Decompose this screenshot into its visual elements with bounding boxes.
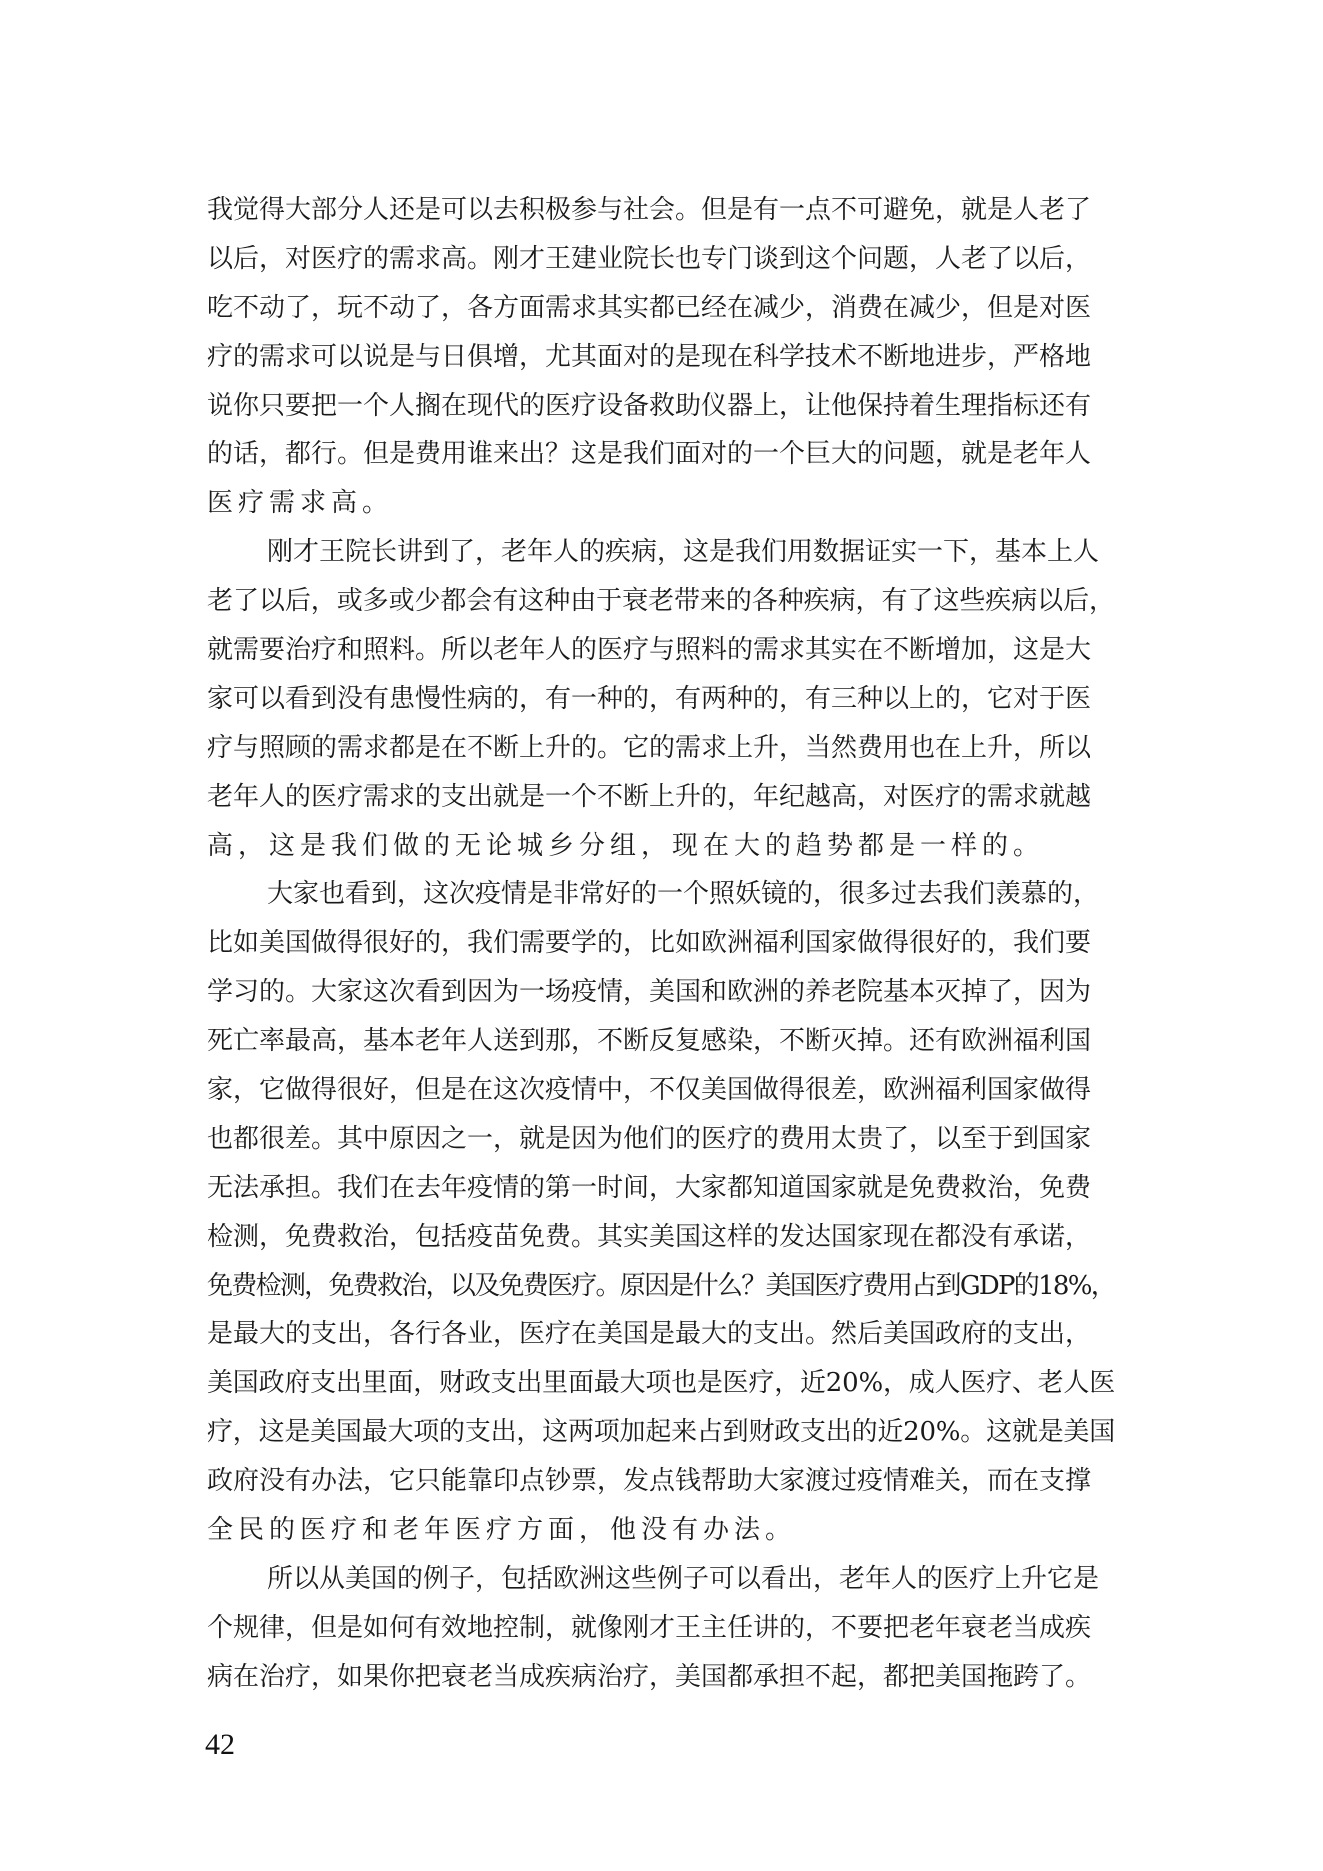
- text-line: 也都很差。其中原因之一，就是因为他们的医疗的费用太贵了，以至于到国家: [207, 1115, 1115, 1164]
- text-line: 高，这是我们做的无论城乡分组，现在大的趋势都是一样的。: [207, 822, 1115, 871]
- text-line: 的话，都行。但是费用谁来出？这是我们面对的一个巨大的问题，就是老年人: [207, 430, 1115, 479]
- text-line: 刚才王院长讲到了，老年人的疾病，这是我们用数据证实一下，基本上人: [207, 528, 1115, 577]
- text-line: 病在治疗，如果你把衰老当成疾病治疗，美国都承担不起，都把美国拖跨了。: [207, 1653, 1115, 1702]
- paragraph-3: 大家也看到，这次疫情是非常好的一个照妖镜的，很多过去我们羡慕的， 比如美国做得很…: [207, 870, 1115, 1554]
- text-line: 比如美国做得很好的，我们需要学的，比如欧洲福利国家做得很好的，我们要: [207, 919, 1115, 968]
- text-line: 死亡率最高，基本老年人送到那，不断反复感染，不断灭掉。还有欧洲福利国: [207, 1017, 1115, 1066]
- body-text: 我觉得大部分人还是可以去积极参与社会。但是有一点不可避免，就是人老了 以后，对医…: [207, 186, 1115, 1702]
- text-line: 免费检测，免费救治，以及免费医疗。原因是什么？美国医疗费用占到GDP的18%，: [207, 1262, 1115, 1311]
- text-line: 所以从美国的例子，包括欧洲这些例子可以看出，老年人的医疗上升它是: [207, 1555, 1115, 1604]
- text-line: 全民的医疗和老年医疗方面，他没有办法。: [207, 1506, 1115, 1555]
- page-number: 42: [205, 1730, 235, 1760]
- text-line: 就需要治疗和照料。所以老年人的医疗与照料的需求其实在不断增加，这是大: [207, 626, 1115, 675]
- paragraph-4: 所以从美国的例子，包括欧洲这些例子可以看出，老年人的医疗上升它是 个规律，但是如…: [207, 1555, 1115, 1702]
- text-line: 疗与照顾的需求都是在不断上升的。它的需求上升，当然费用也在上升，所以: [207, 724, 1115, 773]
- text-line: 学习的。大家这次看到因为一场疫情，美国和欧洲的养老院基本灭掉了，因为: [207, 968, 1115, 1017]
- text-line: 疗的需求可以说是与日俱增，尤其面对的是现在科学技术不断地进步，严格地: [207, 333, 1115, 382]
- text-line: 家可以看到没有患慢性病的，有一种的，有两种的，有三种以上的，它对于医: [207, 675, 1115, 724]
- document-page: 我觉得大部分人还是可以去积极参与社会。但是有一点不可避免，就是人老了 以后，对医…: [0, 0, 1323, 1871]
- text-line: 我觉得大部分人还是可以去积极参与社会。但是有一点不可避免，就是人老了: [207, 186, 1115, 235]
- text-line: 吃不动了，玩不动了，各方面需求其实都已经在减少，消费在减少，但是对医: [207, 284, 1115, 333]
- text-line: 个规律，但是如何有效地控制，就像刚才王主任讲的，不要把老年衰老当成疾: [207, 1604, 1115, 1653]
- text-line: 美国政府支出里面，财政支出里面最大项也是医疗，近20%，成人医疗、老人医: [207, 1359, 1115, 1408]
- paragraph-2: 刚才王院长讲到了，老年人的疾病，这是我们用数据证实一下，基本上人 老了以后，或多…: [207, 528, 1115, 870]
- text-line: 政府没有办法，它只能靠印点钞票，发点钱帮助大家渡过疫情难关，而在支撑: [207, 1457, 1115, 1506]
- text-line: 以后，对医疗的需求高。刚才王建业院长也专门谈到这个问题，人老了以后，: [207, 235, 1115, 284]
- text-line: 说你只要把一个人搁在现代的医疗设备救助仪器上，让他保持着生理指标还有: [207, 382, 1115, 431]
- text-line: 医疗需求高。: [207, 479, 1115, 528]
- text-line: 是最大的支出，各行各业，医疗在美国是最大的支出。然后美国政府的支出，: [207, 1310, 1115, 1359]
- paragraph-1: 我觉得大部分人还是可以去积极参与社会。但是有一点不可避免，就是人老了 以后，对医…: [207, 186, 1115, 528]
- text-line: 大家也看到，这次疫情是非常好的一个照妖镜的，很多过去我们羡慕的，: [207, 870, 1115, 919]
- text-line: 家，它做得很好，但是在这次疫情中，不仅美国做得很差，欧洲福利国家做得: [207, 1066, 1115, 1115]
- text-line: 老了以后，或多或少都会有这种由于衰老带来的各种疾病，有了这些疾病以后，: [207, 577, 1115, 626]
- text-line: 检测，免费救治，包括疫苗免费。其实美国这样的发达国家现在都没有承诺，: [207, 1213, 1115, 1262]
- text-line: 无法承担。我们在去年疫情的第一时间，大家都知道国家就是免费救治，免费: [207, 1164, 1115, 1213]
- text-line: 疗，这是美国最大项的支出，这两项加起来占到财政支出的近20%。这就是美国: [207, 1408, 1115, 1457]
- text-line: 老年人的医疗需求的支出就是一个不断上升的，年纪越高，对医疗的需求就越: [207, 773, 1115, 822]
